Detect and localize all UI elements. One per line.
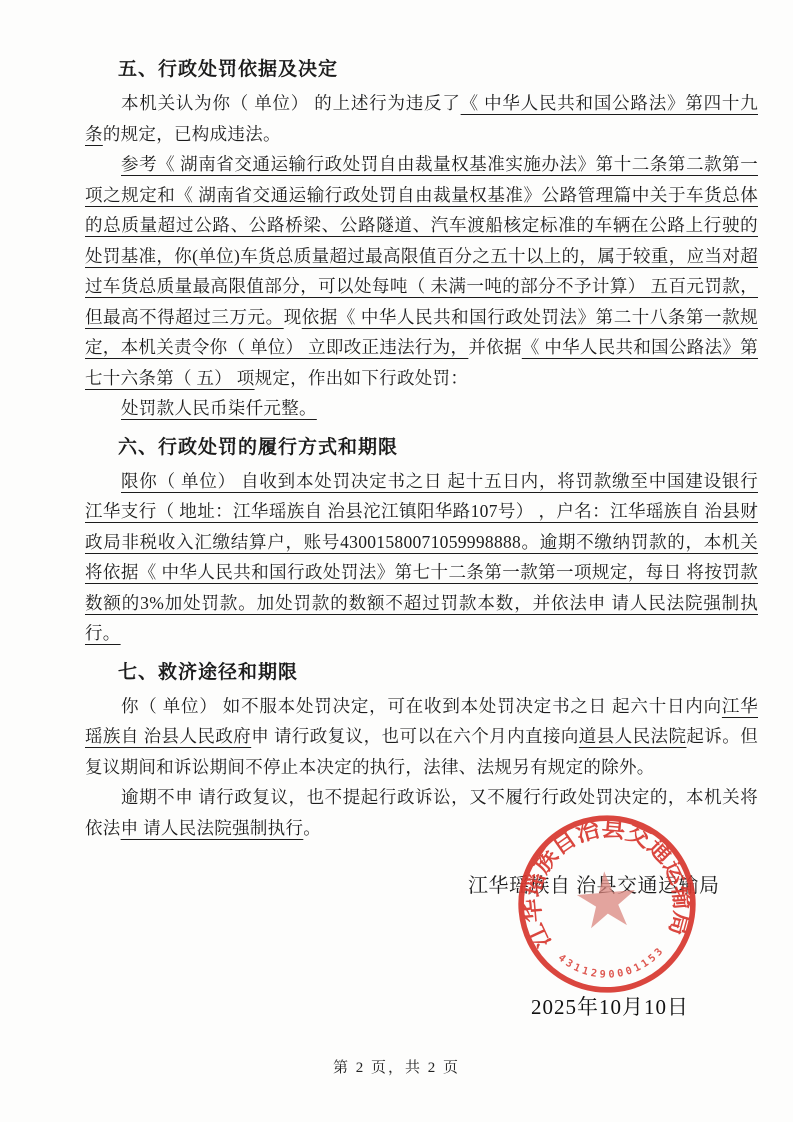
template-text: 。 xyxy=(303,818,321,838)
page-footer: 第 2 页，共 2 页 xyxy=(0,1056,793,1077)
template-text: 申 请行政复议，也可以在六个月内直接向 xyxy=(251,726,579,746)
paragraph: 处罚款人民币柒仟元整。 xyxy=(85,393,758,424)
template-text: 的规定，已构成违法。 xyxy=(103,124,281,144)
section-heading: 六、行政处罚的履行方式和期限 xyxy=(118,436,758,460)
template-text: 规定，作出如下行政处罚： xyxy=(255,368,469,388)
filled-blank-text: 处罚款人民币柒仟元整。 xyxy=(121,398,317,418)
template-text: 现 xyxy=(284,307,302,327)
paragraph: 本机关认为你（ 单位） 的上述行为违反了《 中华人民共和国公路法》第四十九条的规… xyxy=(85,88,758,149)
document-page: 五、行政处罚依据及决定本机关认为你（ 单位） 的上述行为违反了《 中华人民共和国… xyxy=(0,0,793,1122)
filled-blank-text: 申 请人民法院强制执行 xyxy=(121,818,304,838)
paragraph: 参考《 湖南省交通运输行政处罚自由裁量权基准实施办法》第十二条第二款第一项之规定… xyxy=(85,149,758,393)
template-text: 并依据 xyxy=(468,337,521,357)
filled-blank-text: 参考《 湖南省交通运输行政处罚自由裁量权基准实施办法》第十二条第二款第一项之规定… xyxy=(85,154,758,327)
document-body: 五、行政处罚依据及决定本机关认为你（ 单位） 的上述行为违反了《 中华人民共和国… xyxy=(85,46,758,843)
section-heading: 七、救济途径和期限 xyxy=(118,661,758,685)
official-seal: 江华瑶族自治县交通运输局 4311290001153 xyxy=(507,804,706,1003)
paragraph: 限你（ 单位） 自收到本处罚决定书之日 起十五日内，将罚款缴至中国建设银行江华支… xyxy=(85,466,758,649)
section-heading: 五、行政处罚依据及决定 xyxy=(118,58,758,82)
template-text: 本机关认为你（ 单位） 的上述行为违反了 xyxy=(121,93,461,113)
issue-date: 2025年10月10日 xyxy=(531,991,689,1021)
filled-blank-text: 道县人民法院 xyxy=(579,726,687,746)
template-text: 你（ 单位） 如不服本处罚决定，可在收到本处罚决定书之日 起六十日内向 xyxy=(121,696,722,716)
seal-star xyxy=(575,869,638,929)
filled-blank-text: 限你（ 单位） 自收到本处罚决定书之日 起十五日内，将罚款缴至中国建设银行江华支… xyxy=(85,471,758,644)
paragraph: 你（ 单位） 如不服本处罚决定，可在收到本处罚决定书之日 起六十日内向江华瑶族自… xyxy=(85,691,758,783)
